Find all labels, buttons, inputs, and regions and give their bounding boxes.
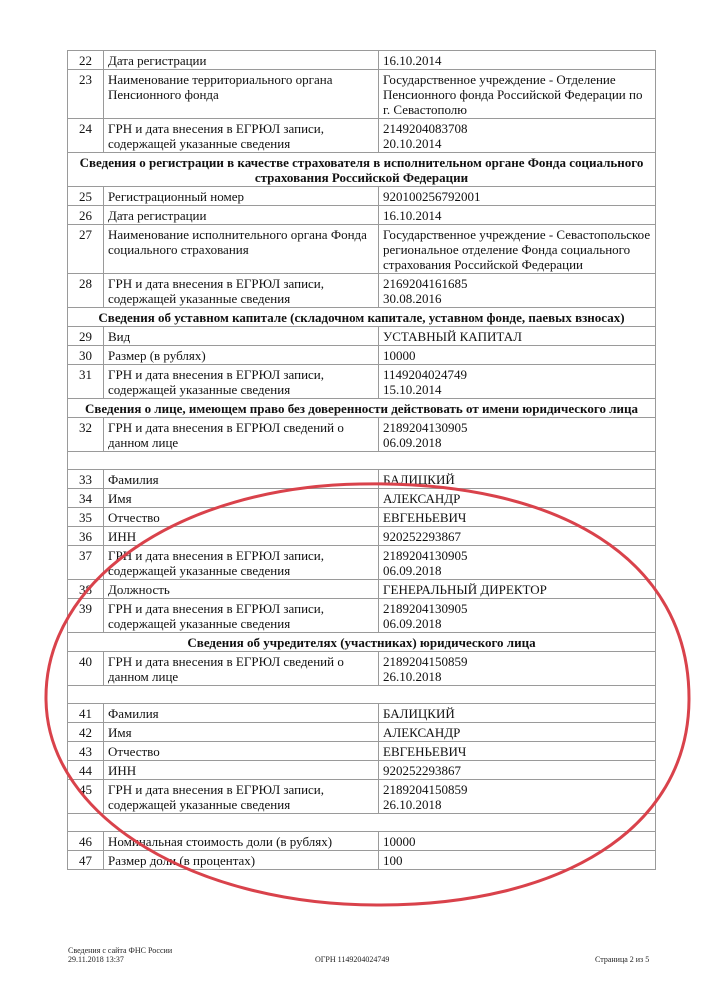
- field-value-line: 2189204150859: [383, 782, 651, 797]
- section-header-row: Сведения о регистрации в качестве страхо…: [68, 153, 656, 187]
- field-label: Фамилия: [104, 704, 379, 723]
- field-label: Отчество: [104, 508, 379, 527]
- field-label: Регистрационный номер: [104, 187, 379, 206]
- table-row: 34ИмяАЛЕКСАНДР: [68, 489, 656, 508]
- table-row: 39ГРН и дата внесения в ЕГРЮЛ записи, со…: [68, 599, 656, 633]
- field-value: 920252293867: [379, 761, 656, 780]
- field-label: Должность: [104, 580, 379, 599]
- field-value: БАЛИЦКИЙ: [379, 704, 656, 723]
- field-label: ИНН: [104, 761, 379, 780]
- field-value-line: 10000: [383, 348, 651, 363]
- blank-row: [68, 452, 656, 470]
- field-value: АЛЕКСАНДР: [379, 723, 656, 742]
- field-value-line: 920252293867: [383, 763, 651, 778]
- field-value-line: ГЕНЕРАЛЬНЫЙ ДИРЕКТОР: [383, 582, 651, 597]
- field-label: Дата регистрации: [104, 206, 379, 225]
- field-label: ИНН: [104, 527, 379, 546]
- field-value: ЕВГЕНЬЕВИЧ: [379, 742, 656, 761]
- field-label: ГРН и дата внесения в ЕГРЮЛ записи, соде…: [104, 365, 379, 399]
- field-value-line: ЕВГЕНЬЕВИЧ: [383, 744, 651, 759]
- field-value-line: Государственное учреждение - Отделение П…: [383, 72, 651, 117]
- row-number: 29: [68, 327, 104, 346]
- footer-ogrn: ОГРН 1149204024749: [315, 955, 389, 964]
- field-value-line: 16.10.2014: [383, 53, 651, 68]
- table-row: 42ИмяАЛЕКСАНДР: [68, 723, 656, 742]
- field-value-line: 26.10.2018: [383, 669, 651, 684]
- field-value-line: 920100256792001: [383, 189, 651, 204]
- field-value-line: 2149204083708: [383, 121, 651, 136]
- table-row: 43ОтчествоЕВГЕНЬЕВИЧ: [68, 742, 656, 761]
- field-value: 218920415085926.10.2018: [379, 780, 656, 814]
- field-label: ГРН и дата внесения в ЕГРЮЛ сведений о д…: [104, 652, 379, 686]
- field-value-line: 2169204161685: [383, 276, 651, 291]
- row-number: 37: [68, 546, 104, 580]
- table-row: 41ФамилияБАЛИЦКИЙ: [68, 704, 656, 723]
- field-value-line: Государственное учреждение - Севастополь…: [383, 227, 651, 272]
- row-number: 46: [68, 832, 104, 851]
- table-row: 30Размер (в рублях)10000: [68, 346, 656, 365]
- field-value: 920100256792001: [379, 187, 656, 206]
- table-row: 37ГРН и дата внесения в ЕГРЮЛ записи, со…: [68, 546, 656, 580]
- table-row: 40ГРН и дата внесения в ЕГРЮЛ сведений о…: [68, 652, 656, 686]
- field-value-line: АЛЕКСАНДР: [383, 725, 651, 740]
- table-row: 45ГРН и дата внесения в ЕГРЮЛ записи, со…: [68, 780, 656, 814]
- section-header-row: Сведения о лице, имеющем право без довер…: [68, 399, 656, 418]
- table-row: 36ИНН920252293867: [68, 527, 656, 546]
- section-header-row: Сведения об уставном капитале (складочно…: [68, 308, 656, 327]
- table-row: 22Дата регистрации16.10.2014: [68, 51, 656, 70]
- row-number: 27: [68, 225, 104, 274]
- field-value: 100: [379, 851, 656, 870]
- table-row: 47Размер доли (в процентах)100: [68, 851, 656, 870]
- field-label: Вид: [104, 327, 379, 346]
- field-label: Имя: [104, 723, 379, 742]
- row-number: 25: [68, 187, 104, 206]
- row-number: 33: [68, 470, 104, 489]
- field-value: 218920413090506.09.2018: [379, 546, 656, 580]
- row-number: 41: [68, 704, 104, 723]
- field-value: 920252293867: [379, 527, 656, 546]
- row-number: 36: [68, 527, 104, 546]
- table-row: 27Наименование исполнительного органа Фо…: [68, 225, 656, 274]
- blank-row: [68, 686, 656, 704]
- footer-source: Сведения с сайта ФНС России 29.11.2018 1…: [68, 946, 172, 964]
- field-value: ГЕНЕРАЛЬНЫЙ ДИРЕКТОР: [379, 580, 656, 599]
- row-number: 30: [68, 346, 104, 365]
- table-row: 32ГРН и дата внесения в ЕГРЮЛ сведений о…: [68, 418, 656, 452]
- field-value-line: 30.08.2016: [383, 291, 651, 306]
- row-number: 45: [68, 780, 104, 814]
- field-value: 214920408370820.10.2014: [379, 119, 656, 153]
- blank-cell: [68, 686, 656, 704]
- field-label: Имя: [104, 489, 379, 508]
- row-number: 26: [68, 206, 104, 225]
- row-number: 31: [68, 365, 104, 399]
- section-header: Сведения о регистрации в качестве страхо…: [68, 153, 656, 187]
- field-value: Государственное учреждение - Отделение П…: [379, 70, 656, 119]
- field-value: Государственное учреждение - Севастополь…: [379, 225, 656, 274]
- footer-source-text: Сведения с сайта ФНС России: [68, 946, 172, 955]
- field-value-line: 2189204130905: [383, 601, 651, 616]
- field-value-line: БАЛИЦКИЙ: [383, 472, 651, 487]
- field-value-line: 15.10.2014: [383, 382, 651, 397]
- field-value: 10000: [379, 346, 656, 365]
- row-number: 32: [68, 418, 104, 452]
- field-label: ГРН и дата внесения в ЕГРЮЛ записи, соде…: [104, 599, 379, 633]
- field-label: ГРН и дата внесения в ЕГРЮЛ сведений о д…: [104, 418, 379, 452]
- field-label: Размер (в рублях): [104, 346, 379, 365]
- table-row: 26Дата регистрации16.10.2014: [68, 206, 656, 225]
- field-value-line: БАЛИЦКИЙ: [383, 706, 651, 721]
- section-header: Сведения о лице, имеющем право без довер…: [68, 399, 656, 418]
- table-row: 24ГРН и дата внесения в ЕГРЮЛ записи, со…: [68, 119, 656, 153]
- field-value: 10000: [379, 832, 656, 851]
- field-label: ГРН и дата внесения в ЕГРЮЛ записи, соде…: [104, 274, 379, 308]
- field-value: УСТАВНЫЙ КАПИТАЛ: [379, 327, 656, 346]
- field-value-line: АЛЕКСАНДР: [383, 491, 651, 506]
- field-value-line: 2189204130905: [383, 420, 651, 435]
- table-row: 28ГРН и дата внесения в ЕГРЮЛ записи, со…: [68, 274, 656, 308]
- field-label: Наименование территориального органа Пен…: [104, 70, 379, 119]
- egrul-extract-table: 22Дата регистрации16.10.201423Наименован…: [67, 50, 656, 870]
- row-number: 34: [68, 489, 104, 508]
- field-value-line: ЕВГЕНЬЕВИЧ: [383, 510, 651, 525]
- field-value-line: 920252293867: [383, 529, 651, 544]
- field-value: БАЛИЦКИЙ: [379, 470, 656, 489]
- field-value-line: 06.09.2018: [383, 435, 651, 450]
- row-number: 22: [68, 51, 104, 70]
- field-value: 218920413090506.09.2018: [379, 599, 656, 633]
- row-number: 47: [68, 851, 104, 870]
- field-value-line: 2189204130905: [383, 548, 651, 563]
- row-number: 38: [68, 580, 104, 599]
- field-value-line: 26.10.2018: [383, 797, 651, 812]
- field-value-line: 06.09.2018: [383, 563, 651, 578]
- field-label: ГРН и дата внесения в ЕГРЮЛ записи, соде…: [104, 546, 379, 580]
- footer-datetime: 29.11.2018 13:37: [68, 955, 172, 964]
- blank-cell: [68, 452, 656, 470]
- field-value: 114920402474915.10.2014: [379, 365, 656, 399]
- table-row: 44ИНН920252293867: [68, 761, 656, 780]
- field-value-line: 16.10.2014: [383, 208, 651, 223]
- field-value-line: УСТАВНЫЙ КАПИТАЛ: [383, 329, 651, 344]
- field-label: Отчество: [104, 742, 379, 761]
- section-header: Сведения об уставном капитале (складочно…: [68, 308, 656, 327]
- field-value: 16.10.2014: [379, 206, 656, 225]
- field-label: Фамилия: [104, 470, 379, 489]
- table-row: 46Номинальная стоимость доли (в рублях)1…: [68, 832, 656, 851]
- field-value: АЛЕКСАНДР: [379, 489, 656, 508]
- field-value: 218920415085926.10.2018: [379, 652, 656, 686]
- field-label: Размер доли (в процентах): [104, 851, 379, 870]
- table-row: 23Наименование территориального органа П…: [68, 70, 656, 119]
- table-row: 33ФамилияБАЛИЦКИЙ: [68, 470, 656, 489]
- row-number: 40: [68, 652, 104, 686]
- table-row: 38ДолжностьГЕНЕРАЛЬНЫЙ ДИРЕКТОР: [68, 580, 656, 599]
- field-label: Наименование исполнительного органа Фонд…: [104, 225, 379, 274]
- field-value-line: 10000: [383, 834, 651, 849]
- table-row: 29ВидУСТАВНЫЙ КАПИТАЛ: [68, 327, 656, 346]
- footer-page-number: Страница 2 из 5: [595, 955, 649, 964]
- row-number: 39: [68, 599, 104, 633]
- row-number: 35: [68, 508, 104, 527]
- row-number: 28: [68, 274, 104, 308]
- section-header: Сведения об учредителях (участниках) юри…: [68, 633, 656, 652]
- blank-cell: [68, 814, 656, 832]
- field-label: ГРН и дата внесения в ЕГРЮЛ записи, соде…: [104, 780, 379, 814]
- field-label: Номинальная стоимость доли (в рублях): [104, 832, 379, 851]
- field-label: Дата регистрации: [104, 51, 379, 70]
- field-value-line: 06.09.2018: [383, 616, 651, 631]
- field-value-line: 1149204024749: [383, 367, 651, 382]
- row-number: 23: [68, 70, 104, 119]
- field-value: 16.10.2014: [379, 51, 656, 70]
- field-value: 216920416168530.08.2016: [379, 274, 656, 308]
- section-header-row: Сведения об учредителях (участниках) юри…: [68, 633, 656, 652]
- table-row: 35ОтчествоЕВГЕНЬЕВИЧ: [68, 508, 656, 527]
- row-number: 24: [68, 119, 104, 153]
- row-number: 42: [68, 723, 104, 742]
- field-label: ГРН и дата внесения в ЕГРЮЛ записи, соде…: [104, 119, 379, 153]
- field-value-line: 100: [383, 853, 651, 868]
- field-value-line: 20.10.2014: [383, 136, 651, 151]
- field-value-line: 2189204150859: [383, 654, 651, 669]
- field-value: ЕВГЕНЬЕВИЧ: [379, 508, 656, 527]
- table-row: 25Регистрационный номер920100256792001: [68, 187, 656, 206]
- row-number: 44: [68, 761, 104, 780]
- blank-row: [68, 814, 656, 832]
- field-value: 218920413090506.09.2018: [379, 418, 656, 452]
- row-number: 43: [68, 742, 104, 761]
- table-row: 31ГРН и дата внесения в ЕГРЮЛ записи, со…: [68, 365, 656, 399]
